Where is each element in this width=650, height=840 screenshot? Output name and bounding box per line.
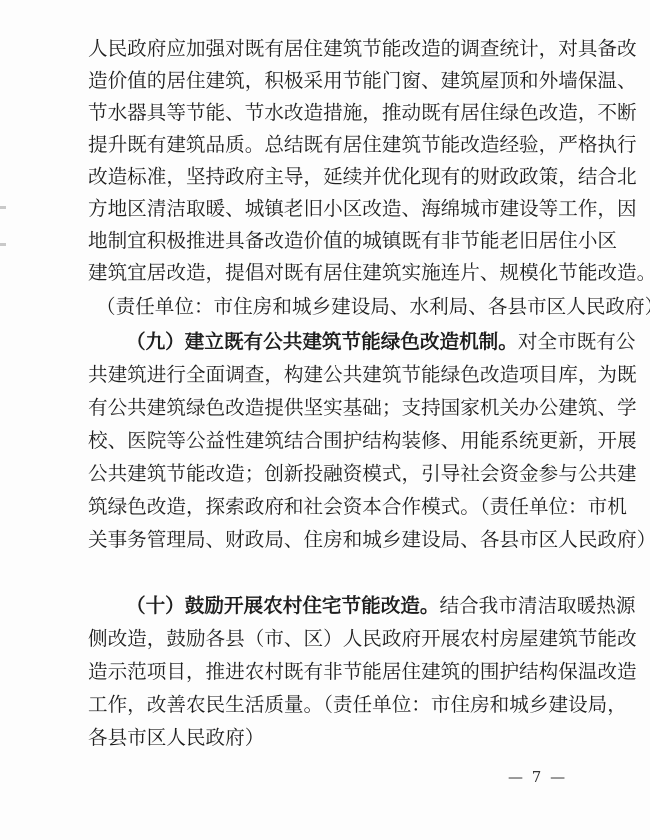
paragraph-line: 共建筑进行全面调查，构建公共建筑节能绿色改造项目库，为既 (88, 359, 580, 391)
paragraph-line: 有公共建筑绿色改造提供坚实基础；支持国家机关办公建筑、学 (88, 392, 580, 424)
paragraph-line: 方地区清洁取暖、城镇老旧小区改造、海绵城市建设等工作，因 (88, 193, 580, 225)
paragraph-line: 校、医院等公益性建筑结合围护结构装修、用能系统更新，开展 (88, 425, 580, 457)
binding-mark (0, 206, 6, 209)
section-9-text: 对全市既有公 (518, 330, 636, 353)
paragraph-line: 公共建筑节能改造；创新投融资模式，引导社会资金参与公共建 (88, 458, 580, 490)
section-9-first-line: （九）建立既有公共建筑节能绿色改造机制。对全市既有公 (126, 326, 580, 358)
paragraph-line: 工作，改善农民生活质量。（责任单位：市住房和城乡建设局， (88, 689, 580, 721)
responsibility-note: （责任单位：市住房和城乡建设局、水利局、各县市区人民政府） (96, 291, 580, 323)
paragraph-line: 地制宜积极推进具备改造价值的城镇既有非节能老旧居住小区 (88, 225, 580, 257)
paragraph-line: 节水器具等节能、节水改造措施，推动既有居住绿色改造，不断 (88, 97, 580, 129)
paragraph-line: 人民政府应加强对既有居住建筑节能改造的调查统计，对具备改 (88, 33, 580, 65)
paragraph-line: 筑绿色改造，探索政府和社会资本合作模式。（责任单位：市机 (88, 491, 580, 523)
paragraph-line: 改造标准，坚持政府主导，延续并优化现有的财政政策，结合北 (88, 161, 580, 193)
binding-mark (0, 243, 6, 246)
document-page: 人民政府应加强对既有居住建筑节能改造的调查统计，对具备改 造价值的居住建筑，积极… (0, 0, 650, 840)
paragraph-line: 造示范项目，推进农村既有非节能居住建筑的围护结构保温改造 (88, 656, 580, 688)
section-10-first-line: （十）鼓励开展农村住宅节能改造。结合我市清洁取暖热源 (126, 590, 580, 622)
section-9-heading: （九）建立既有公共建筑节能绿色改造机制。 (126, 330, 518, 353)
paragraph-line: 造价值的居住建筑，积极采用节能门窗、建筑屋顶和外墙保温、 (88, 65, 580, 97)
section-10-heading: （十）鼓励开展农村住宅节能改造。 (126, 594, 440, 617)
paragraph-line: 各县市区人民政府） (88, 722, 580, 754)
page-number: — 7 — (508, 768, 567, 786)
section-10-text: 结合我市清洁取暖热源 (440, 594, 636, 617)
paragraph-line: 侧改造，鼓励各县（市、区）人民政府开展农村房屋建筑节能改 (88, 623, 580, 655)
paragraph-line: 建筑宜居改造，提倡对既有居住建筑实施连片、规模化节能改造。 (88, 257, 580, 289)
paragraph-line: 提升既有建筑品质。总结既有居住建筑节能改造经验，严格执行 (88, 129, 580, 161)
paragraph-line: 关事务管理局、财政局、住房和城乡建设局、各县市区人民政府） (88, 524, 580, 556)
